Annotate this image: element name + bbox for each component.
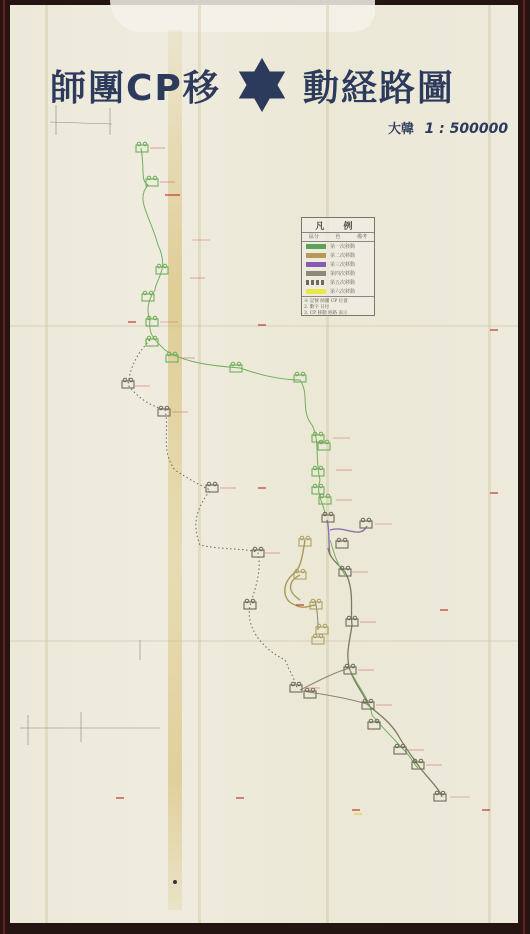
cp-markers-green [136,142,331,504]
route-green [141,148,325,515]
route-gray [328,548,442,797]
red-annotations [116,195,498,810]
route-map [0,0,530,934]
route-olive [285,540,316,607]
coordinate-grid-marks [20,105,160,745]
cp-date-labels [135,148,470,797]
ink-spot [173,880,177,884]
cp-markers-dark [122,378,446,801]
route-green-south [330,540,418,768]
cp-markers-olive [294,536,328,644]
route-dotted [128,340,297,688]
